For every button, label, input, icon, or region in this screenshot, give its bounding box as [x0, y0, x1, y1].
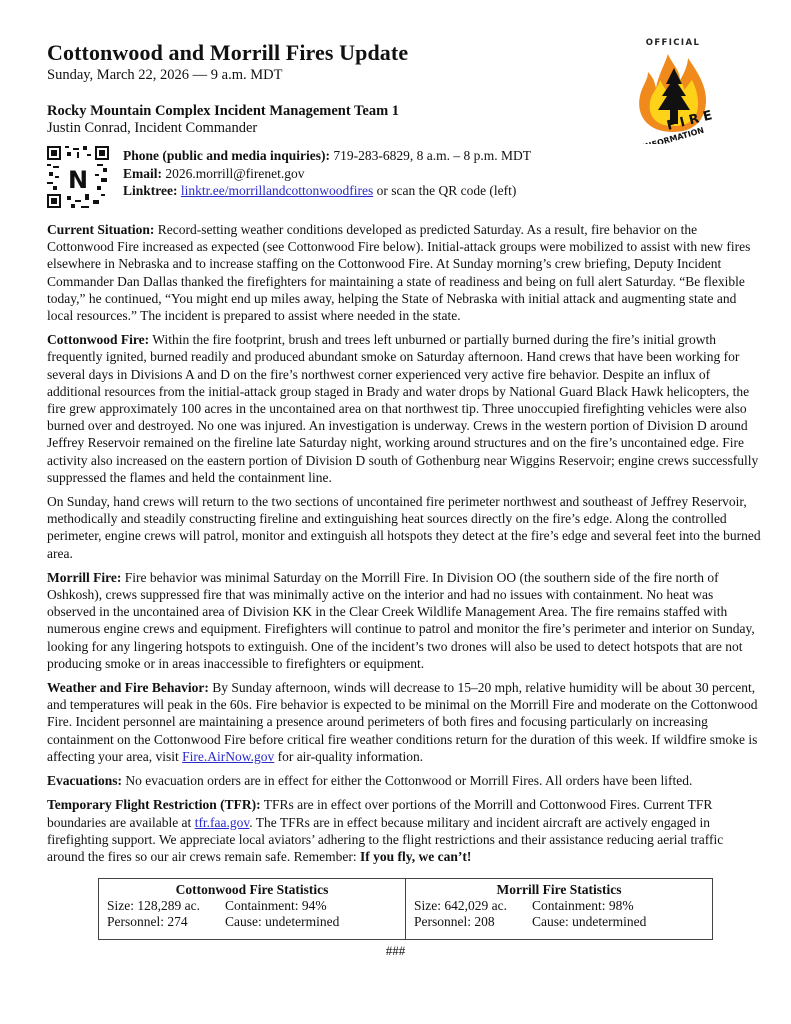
cottonwood-sunday-paragraph: On Sunday, hand crews will return to the… [47, 493, 763, 562]
tfr-paragraph: Temporary Flight Restriction (TFR): TFRs… [47, 796, 763, 865]
tfr-link[interactable]: tfr.faa.gov [195, 815, 250, 830]
svg-text:N: N [68, 166, 88, 194]
phone-label: Phone (public and media inquiries): [123, 148, 330, 163]
document-body: Current Situation: Record-setting weathe… [47, 221, 763, 872]
linktree-suffix: or scan the QR code (left) [373, 183, 516, 198]
current-situation-text: Record-setting weather conditions develo… [47, 222, 750, 323]
tfr-label: Temporary Flight Restriction (TFR): [47, 797, 261, 812]
cottonwood-personnel: Personnel: 274 [107, 914, 225, 930]
email-value: 2026.morrill@firenet.gov [162, 166, 305, 181]
current-situation-paragraph: Current Situation: Record-setting weathe… [47, 221, 763, 324]
morrill-stats: Morrill Fire Statistics Size: 642,029 ac… [405, 879, 712, 939]
linktree-label: Linktree: [123, 183, 178, 198]
email-line: Email: 2026.morrill@firenet.gov [123, 165, 531, 183]
contact-lines: Phone (public and media inquiries): 719-… [123, 147, 531, 200]
contact-block: N Phone (public and media inquiries): 71… [47, 146, 747, 208]
cottonwood-fire-label: Cottonwood Fire: [47, 332, 149, 347]
evacuations-label: Evacuations: [47, 773, 122, 788]
morrill-fire-paragraph: Morrill Fire: Fire behavior was minimal … [47, 569, 763, 672]
morrill-size: Size: 642,029 ac. [414, 898, 532, 914]
linktree-line: Linktree: linktr.ee/morrillandcottonwood… [123, 182, 531, 200]
cottonwood-stats: Cottonwood Fire Statistics Size: 128,289… [99, 879, 405, 939]
morrill-containment: Containment: 98% [532, 898, 634, 914]
weather-paragraph: Weather and Fire Behavior: By Sunday aft… [47, 679, 763, 765]
morrill-fire-label: Morrill Fire: [47, 570, 121, 585]
morrill-cause: Cause: undetermined [532, 914, 646, 930]
morrill-fire-text: Fire behavior was minimal Saturday on th… [47, 570, 755, 671]
incident-commander: Justin Conrad, Incident Commander [47, 120, 257, 137]
qr-code-icon[interactable]: N [47, 146, 109, 208]
cottonwood-cause: Cause: undetermined [225, 914, 339, 930]
cottonwood-fire-text: Within the fire footprint, brush and tre… [47, 332, 758, 485]
official-fire-information-logo: OFFICIAL F I R E INFORMATION [608, 34, 738, 144]
cottonwood-stats-title: Cottonwood Fire Statistics [107, 881, 397, 898]
cottonwood-fire-paragraph: Cottonwood Fire: Within the fire footpri… [47, 331, 763, 486]
dateline: Sunday, March 22, 2026 — 9 a.m. MDT [47, 67, 282, 84]
phone-value: 719-283-6829, 8 a.m. – 8 p.m. MDT [330, 148, 531, 163]
evacuations-text: No evacuation orders are in effect for e… [122, 773, 692, 788]
morrill-stats-title: Morrill Fire Statistics [414, 881, 704, 898]
page-title: Cottonwood and Morrill Fires Update [47, 40, 408, 66]
morrill-personnel: Personnel: 208 [414, 914, 532, 930]
cottonwood-size: Size: 128,289 ac. [107, 898, 225, 914]
end-mark: ### [0, 943, 791, 959]
email-label: Email: [123, 166, 162, 181]
cottonwood-containment: Containment: 94% [225, 898, 327, 914]
team-name: Rocky Mountain Complex Incident Manageme… [47, 103, 399, 120]
current-situation-label: Current Situation: [47, 222, 154, 237]
airnow-link[interactable]: Fire.AirNow.gov [182, 749, 274, 764]
linktree-link[interactable]: linktr.ee/morrillandcottonwoodfires [181, 183, 373, 198]
flame-tree-icon: F I R E INFORMATION [608, 34, 738, 144]
evacuations-paragraph: Evacuations: No evacuation orders are in… [47, 772, 763, 789]
tfr-emphasis: If you fly, we can’t! [360, 849, 471, 864]
fire-statistics-table: Cottonwood Fire Statistics Size: 128,289… [98, 878, 713, 940]
weather-suffix: for air-quality information. [274, 749, 423, 764]
weather-label: Weather and Fire Behavior: [47, 680, 209, 695]
phone-line: Phone (public and media inquiries): 719-… [123, 147, 531, 165]
